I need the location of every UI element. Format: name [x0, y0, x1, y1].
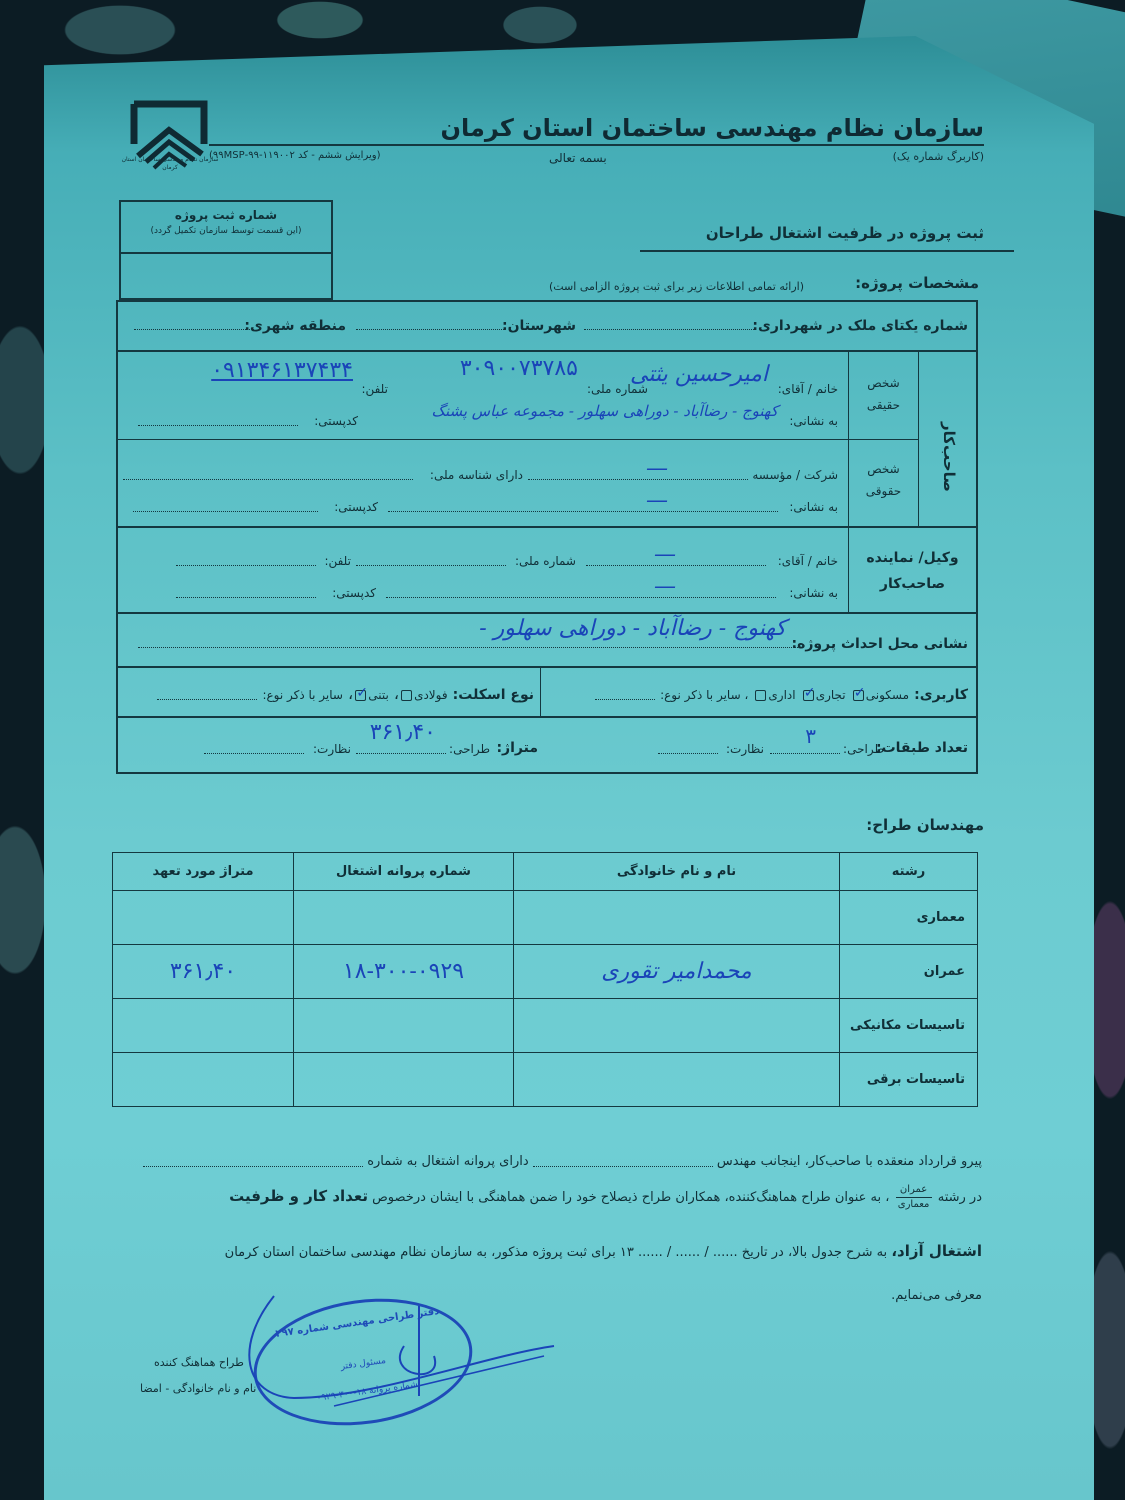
- committed-area-cell[interactable]: [113, 891, 294, 945]
- form-code: (ویرایش ششم - کد ۱۱۹۰۰۲-۹۹-۹۹MSP): [209, 150, 381, 161]
- organization-title: سازمان نظام مهندسی ساختمان استان کرمان: [441, 114, 984, 142]
- residential-checkbox[interactable]: [853, 690, 864, 701]
- usage-structure-row: کاربری: مسکونی تجاری اداری ، سایر با ذکر…: [118, 668, 976, 718]
- column-header-name: نام و نام خانوادگی: [514, 853, 840, 891]
- project-specs-note: (ارائه تمامی اطلاعات زیر برای ثبت پروژه …: [549, 280, 804, 293]
- legal-national-code-label: دارای شناسه ملی:: [430, 468, 523, 482]
- representative-section: وکیل/ نماینده صاحب‌کار خانم / آقای: — شم…: [118, 528, 976, 614]
- rep-postal-label: کدپستی:: [332, 586, 376, 600]
- zone-field[interactable]: [134, 320, 254, 330]
- legal-address-field[interactable]: [388, 502, 778, 512]
- engineers-header-row: رشته نام و نام خانوادگی شماره پروانه اشت…: [113, 853, 978, 891]
- structure-option-other[interactable]: سایر با ذکر نوع:: [262, 688, 343, 702]
- declaration-line-4: معرفی می‌نمایم.: [891, 1288, 982, 1303]
- rep-national-id-field[interactable]: [356, 556, 506, 566]
- legal-address-label: به نشانی:: [789, 500, 838, 514]
- usage-option-commercial[interactable]: تجاری: [801, 688, 846, 702]
- area-design-label: طراحی:: [449, 742, 490, 756]
- rep-phone-label: تلفن:: [324, 554, 351, 568]
- registration-number-field[interactable]: [121, 254, 331, 298]
- city-label: شهرستان:: [502, 318, 576, 334]
- column-header-field: رشته: [840, 853, 978, 891]
- license-number-cell[interactable]: [294, 1053, 514, 1107]
- engineers-table: رشته نام و نام خانوادگی شماره پروانه اشت…: [112, 852, 978, 1107]
- engineer-name-cell[interactable]: محمدامیر تقوری: [514, 945, 840, 999]
- form-sheet: سازمان نظام مهندسی ساختمان استان کرمان س…: [44, 36, 1094, 1500]
- field-electrical: تاسیسات برقی: [840, 1053, 978, 1107]
- engineer-name-cell[interactable]: [514, 1053, 840, 1107]
- license-number-cell[interactable]: ۱۸-۳۰۰-۰۹۲۹: [294, 945, 514, 999]
- rep-address-field[interactable]: [386, 588, 776, 598]
- rep-address-dash: —: [654, 574, 676, 599]
- license-number-blank[interactable]: [143, 1157, 363, 1167]
- owner-group-label: صاحب‌کار: [940, 422, 958, 492]
- signature-scribble-icon: [234, 1286, 564, 1426]
- license-number-cell[interactable]: [294, 999, 514, 1053]
- usage-option-office[interactable]: اداری: [753, 688, 795, 702]
- natural-person-section: شخص حقیقی خانم / آقای: امیرحسین یثتی شما…: [118, 352, 918, 440]
- owner-national-id-label: شماره ملی:: [587, 382, 648, 396]
- field-civil: عمران: [840, 945, 978, 999]
- engineers-title: مهندسان طراح:: [866, 816, 984, 834]
- field-mechanical: تاسیسات مکانیکی: [840, 999, 978, 1053]
- floors-design-field[interactable]: ۳: [805, 724, 816, 748]
- floors-area-row: تعداد طبقات: طراحی: ۳ نظارت: متراژ: طراح…: [118, 718, 976, 772]
- property-row: شماره یکتای ملک در شهرداری: شهرستان: منط…: [118, 302, 976, 352]
- rep-name-field[interactable]: [586, 556, 766, 566]
- steel-checkbox[interactable]: [401, 690, 412, 701]
- bismillah: بسمه تعالی: [549, 151, 607, 165]
- area-design-line: [356, 744, 446, 754]
- rep-name-label: خانم / آقای:: [778, 554, 838, 568]
- usage-cell: کاربری: مسکونی تجاری اداری ، سایر با ذکر…: [540, 668, 976, 716]
- area-design-field[interactable]: ۳۶۱٫۴۰: [370, 720, 436, 745]
- header-divider: [209, 144, 984, 146]
- structure-label: نوع اسکلت:: [453, 687, 534, 703]
- structure-option-concrete[interactable]: بتنی: [353, 688, 389, 702]
- owner-postal-label: کدپستی:: [314, 414, 358, 428]
- table-row: تاسیسات مکانیکی: [113, 999, 978, 1053]
- owner-name-field[interactable]: امیرحسین یثتی: [630, 362, 768, 387]
- legal-person-label: شخص حقوقی: [848, 440, 918, 528]
- registration-title: شماره ثبت پروژه: [121, 208, 331, 222]
- area-supervision-label: نظارت:: [313, 742, 351, 756]
- engineer-name-cell[interactable]: [514, 999, 840, 1053]
- legal-postal-label: کدپستی:: [334, 500, 378, 514]
- owner-address-field[interactable]: کهنوج - رضاآباد - دوراهی سهلور - مجموعه …: [432, 402, 778, 420]
- declaration-line-2: در رشته عمران معماری ، به عنوان طراح هما…: [229, 1184, 982, 1211]
- natural-person-label: شخص حقیقی: [848, 352, 918, 440]
- name-signature-label: نام و نام خانوادگی - امضا: [140, 1382, 256, 1395]
- usage-option-other[interactable]: ، سایر با ذکر نوع:: [660, 688, 748, 702]
- owner-phone-field[interactable]: ۰۹۱۳۴۶۱۳۷۴۳۴: [211, 358, 353, 383]
- commercial-checkbox[interactable]: [803, 690, 814, 701]
- rep-postal-field[interactable]: [176, 588, 316, 598]
- column-header-license: شماره پروانه اشتغال: [294, 853, 514, 891]
- logo-caption: سازمان نظام مهندسی ساختمان استان کرمان: [120, 156, 220, 172]
- committed-area-cell[interactable]: [113, 999, 294, 1053]
- area-supervision-field[interactable]: [204, 744, 304, 754]
- form-number: (کاربرگ شماره یک): [893, 150, 984, 163]
- engineer-name-blank[interactable]: [533, 1157, 713, 1167]
- rep-phone-field[interactable]: [176, 556, 316, 566]
- floors-supervision-label: نظارت:: [726, 742, 764, 756]
- structure-cell: نوع اسکلت: فولادی، بتنی، سایر با ذکر نوع…: [118, 668, 542, 716]
- discipline-fraction: عمران معماری: [896, 1184, 932, 1211]
- section-title: ثبت پروژه در ظرفیت اشتغال طراحان: [706, 224, 984, 242]
- legal-national-code-field[interactable]: [123, 470, 413, 480]
- license-number-cell[interactable]: [294, 891, 514, 945]
- usage-label: کاربری:: [914, 687, 968, 703]
- unique-id-field[interactable]: [584, 320, 754, 330]
- usage-other-field[interactable]: [595, 690, 655, 700]
- table-row: عمران محمدامیر تقوری ۱۸-۳۰۰-۰۹۲۹ ۳۶۱٫۴۰: [113, 945, 978, 999]
- project-location-label: نشانی محل احداث پروژه:: [792, 636, 969, 652]
- owner-national-id-field[interactable]: ۳۰۹۰۰۷۳۷۸۵: [460, 356, 578, 381]
- rep-national-id-label: شماره ملی:: [515, 554, 576, 568]
- field-architecture: معماری: [840, 891, 978, 945]
- registration-note: (این قسمت توسط سازمان تکمیل گردد): [121, 226, 331, 236]
- declaration-line-1: پیرو قرارداد منعقده با صاحب‌کار، اینجانب…: [143, 1154, 982, 1169]
- declaration-line-3: اشتغال آزاد، به شرح جدول بالا، در تاریخ …: [225, 1242, 982, 1260]
- company-field[interactable]: [528, 470, 748, 480]
- engineer-name-cell[interactable]: [514, 891, 840, 945]
- committed-area-cell[interactable]: ۳۶۱٫۴۰: [113, 945, 294, 999]
- concrete-checkbox[interactable]: [355, 690, 366, 701]
- owner-name-label: خانم / آقای:: [778, 382, 838, 396]
- owner-postal-field[interactable]: [138, 416, 298, 426]
- legal-postal-field[interactable]: [133, 502, 318, 512]
- project-specs-title: مشخصات پروژه:: [855, 274, 979, 292]
- owner-address-label: به نشانی:: [789, 414, 838, 428]
- table-row: معماری: [113, 891, 978, 945]
- usage-option-residential[interactable]: مسکونی: [851, 688, 909, 702]
- rep-address-label: به نشانی:: [789, 586, 838, 600]
- company-label: شرکت / مؤسسه: [752, 468, 838, 482]
- project-location-field[interactable]: کهنوج - رضاآباد - دوراهی سهلور -: [479, 616, 786, 641]
- company-dash: —: [646, 456, 668, 481]
- coordinator-role-label: طراح هماهنگ کننده: [154, 1356, 244, 1369]
- column-header-area: متراژ مورد تعهد: [113, 853, 294, 891]
- area-label: متراژ:: [496, 740, 538, 756]
- owner-group-cell: صاحب‌کار: [918, 352, 976, 528]
- owner-phone-label: تلفن:: [361, 382, 388, 396]
- structure-option-steel[interactable]: فولادی: [399, 688, 448, 702]
- floors-supervision-field[interactable]: [658, 744, 718, 754]
- unique-id-label: شماره یکتای ملک در شهرداری:: [752, 318, 968, 334]
- project-specs-form: شماره یکتای ملک در شهرداری: شهرستان: منط…: [116, 300, 978, 774]
- committed-area-cell[interactable]: [113, 1053, 294, 1107]
- section-title-underline: [640, 250, 1014, 252]
- project-registration-box: شماره ثبت پروژه (این قسمت توسط سازمان تک…: [119, 200, 333, 300]
- legal-person-section: شخص حقوقی شرکت / مؤسسه — دارای شناسه ملی…: [118, 440, 918, 528]
- representative-label: وکیل/ نماینده صاحب‌کار: [848, 528, 976, 614]
- project-location-row: نشانی محل احداث پروژه: کهنوج - رضاآباد -…: [118, 614, 976, 668]
- zone-label: منطقه شهری:: [244, 318, 346, 334]
- floors-design-label: طراحی:: [843, 742, 884, 756]
- structure-other-field[interactable]: [157, 690, 257, 700]
- legal-address-dash: —: [646, 488, 668, 513]
- city-field[interactable]: [356, 320, 506, 330]
- table-row: تاسیسات برقی: [113, 1053, 978, 1107]
- office-checkbox[interactable]: [755, 690, 766, 701]
- rep-name-dash: —: [654, 542, 676, 567]
- floors-label: تعداد طبقات:: [876, 740, 968, 756]
